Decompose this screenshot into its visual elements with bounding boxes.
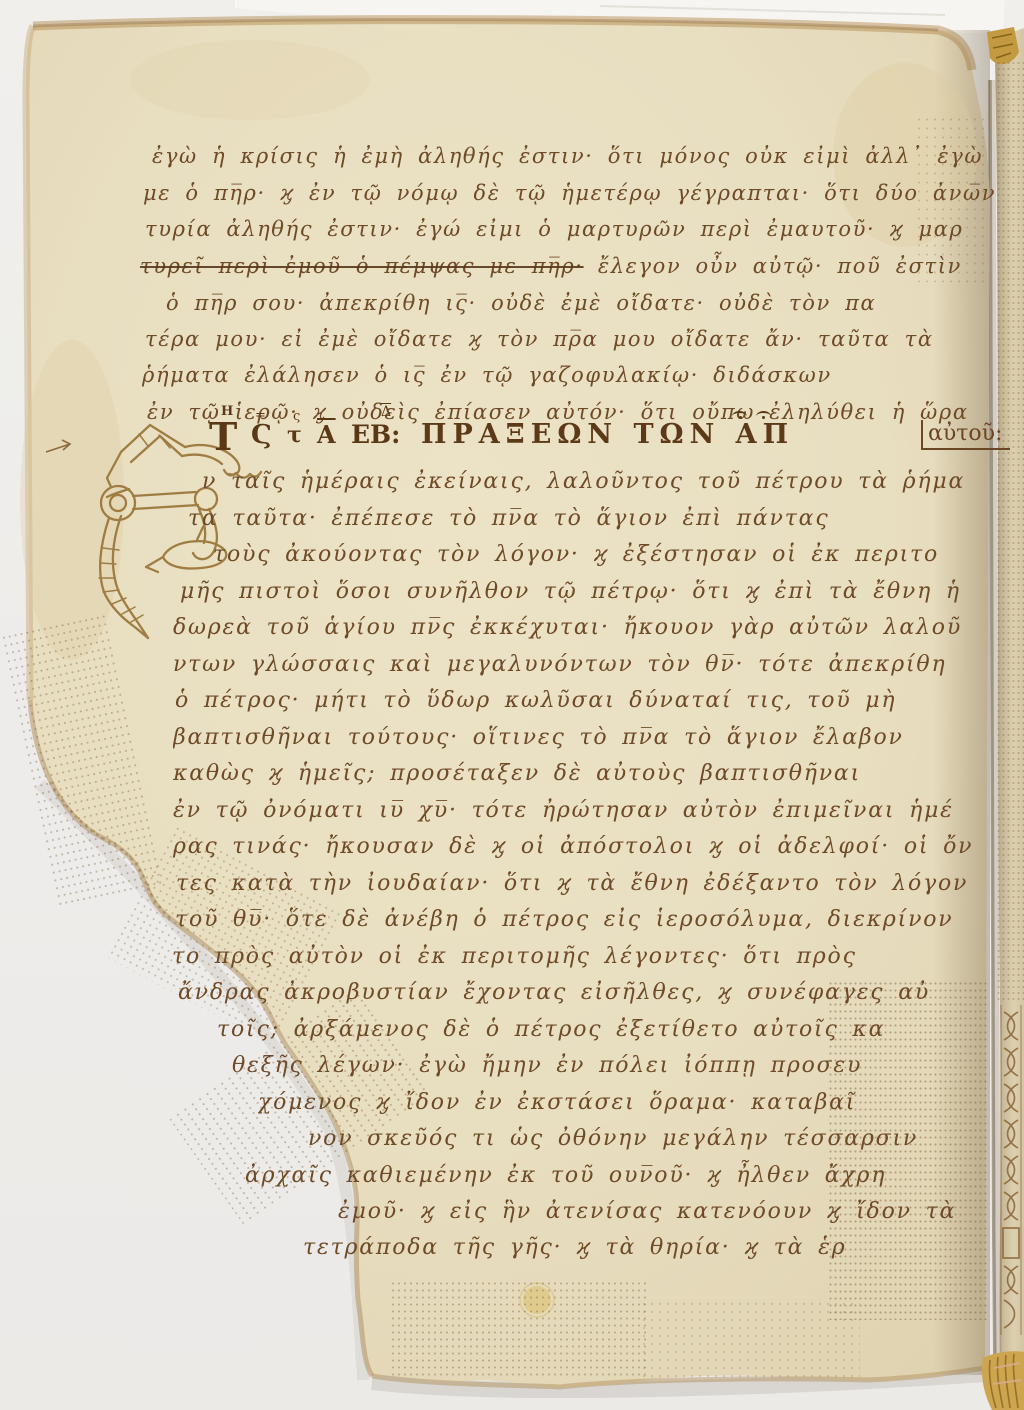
text-line: το πρὸς αὐτὸν οἱ ἐκ περιτομῆς λέγοντες· … bbox=[172, 941, 962, 975]
rubric-week-abbr: ΕΒ: bbox=[351, 420, 400, 449]
rubric-week-abbr-sup: Δ bbox=[381, 404, 391, 420]
rubric-week-number: Α bbox=[317, 420, 336, 449]
text-line: τέρα μου· εἰ ἐμὲ οἴδατε ϗ τὸν πρ̅α μου ο… bbox=[145, 323, 995, 357]
rubric-tau: Τ bbox=[209, 414, 237, 459]
text-line: ἀρχαῖς καθιεμένην ἐκ τοῦ ουν̅οῦ· ϗ ἦλθεν… bbox=[245, 1160, 978, 1194]
text-line: ἄνδρας ἀκροβυστίαν ἔχοντας εἰσῆλθες, ϗ σ… bbox=[178, 977, 995, 1011]
rubric-day-number: Ϛ bbox=[251, 420, 272, 450]
text-line: τοῖς; ἀρξάμενος δὲ ὁ πέτρος ἐξετίθετο αὐ… bbox=[217, 1014, 977, 1048]
text-line: τες κατὰ τὴν ἰουδαίαν· ὅτι ϗ τὰ ἔθνη ἐδέ… bbox=[176, 868, 995, 902]
text-line: ρας τινάς· ἤκουσαν δὲ ϗ οἱ ἀπόστολοι ϗ ο… bbox=[173, 831, 995, 865]
text-line: τα ταῦτα· ἐπέπεσε τὸ πν̅α τὸ ἅγιον ἐπὶ π… bbox=[188, 503, 888, 537]
text-line: τυρία ἀληθής ἐστιν· ἐγώ εἰμι ὁ μαρτυρῶν … bbox=[145, 213, 995, 247]
text-line: ὁ πέτρος· μήτι τὸ ὕδωρ κωλῦσαι δύναταί τ… bbox=[175, 685, 965, 719]
text-line: βαπτισθῆναι τούτους· οἵτινες τὸ πν̅α τὸ … bbox=[173, 722, 983, 756]
text-line: ἐν τῷ ὀνόματι ιυ̅ χυ̅· τότε ἠρώτησαν αὐτ… bbox=[173, 795, 995, 829]
abbreviation-dot bbox=[762, 416, 765, 419]
text-line: χόμενος ϗ ἴδον ἐν ἐκστάσει ὅραμα· καταβα… bbox=[258, 1087, 978, 1121]
manuscript-photo: ἐγὼ ἡ κρίσις ἡ ἐμὴ ἀληθής ἐστιν· ὅτι μόν… bbox=[0, 0, 1024, 1410]
text-line: μῆς πιστοὶ ὅσοι συνῆλθον τῷ πέτρῳ· ὅτι ϗ… bbox=[180, 576, 995, 610]
gilt-fringe bbox=[982, 1351, 1024, 1410]
carryover-word: αὐτοῦ: bbox=[921, 420, 1010, 450]
line-text: ἔλεγον οὖν αὐτῷ· ποῦ ἐστὶν bbox=[584, 254, 962, 278]
text-line: τοὺς ἀκούοντας τὸν λόγον· ϗ ἐξέστησαν οἱ… bbox=[213, 539, 995, 573]
text-line: τυρεῖ περὶ ἐμοῦ ὁ πέμψας με πη̅ρ· ἔλεγον… bbox=[140, 250, 995, 284]
rubric-tes-sup: ς bbox=[293, 409, 300, 424]
text-line: ντων γλώσσαις καὶ μεγαλυνόντων τὸν θν̅· … bbox=[173, 649, 995, 683]
next-page-sliver bbox=[990, 28, 1024, 1410]
rubric-tes: τ bbox=[287, 422, 302, 448]
text-line: ἐμοῦ· ϗ εἰς ἣν ἀτενίσας κατενόουν ϗ ἴδον… bbox=[338, 1196, 978, 1230]
text-line: με ὁ πη̅ρ· ϗ ἐν τῷ νόμῳ δὲ τῷ ἡμετέρῳ γέ… bbox=[143, 177, 995, 211]
text-line: ν ταῖς ἡμέραις ἐκείναις, λαλοῦντος τοῦ π… bbox=[202, 466, 995, 500]
rubric-book-title: ΠΡΑΞΕΩΝ ΤΩΝ ΑΠ bbox=[421, 419, 794, 450]
lection-rubric: Τ Η Ϛ = τ ς Α ΕΒ: Δ ΠΡΑΞΕΩΝ ΤΩΝ ΑΠ αὐτοῦ… bbox=[205, 412, 1017, 466]
rubric-number-bar: = bbox=[255, 408, 266, 423]
text-line: ῥήματα ἐλάλησεν ὁ ις̅ ἐν τῷ γαζοφυλακίῳ·… bbox=[142, 359, 995, 393]
abbreviation-dot bbox=[739, 416, 742, 419]
text-line: ὁ πη̅ρ σου· ἀπεκρίθη ις̅· οὐδὲ ἐμὲ οἴδατ… bbox=[166, 287, 995, 321]
text-line: θεξῆς λέγων· ἐγὼ ἤμην ἐν πόλει ἰόππῃ προ… bbox=[232, 1050, 977, 1084]
rubric-tau-sup: Η bbox=[221, 404, 233, 419]
text-line: νον σκεῦός τι ὡς ὀθόνην μεγάλην τέσσαρσι… bbox=[308, 1123, 978, 1157]
gilt-edge bbox=[987, 27, 1019, 64]
text-line: τετράποδα τῆς γῆς· ϗ τὰ θηρία· ϗ τὰ ἑρ bbox=[303, 1232, 978, 1266]
text-line: δωρεὰ τοῦ ἁγίου πν̅ς ἐκκέχυται· ἤκουον γ… bbox=[173, 612, 995, 646]
struck-text: τυρεῖ περὶ ἐμοῦ ὁ πέμψας με πη̅ρ· bbox=[140, 254, 584, 278]
text-line: καθὼς ϗ ἡμεῖς; προσέταξεν δὲ αὐτοὺς βαπτ… bbox=[173, 758, 973, 792]
text-line: ἐγὼ ἡ κρίσις ἡ ἐμὴ ἀληθής ἐστιν· ὅτι μόν… bbox=[152, 140, 995, 174]
text-line: τοῦ θυ̅· ὅτε δὲ ἀνέβη ὁ πέτρος εἰς ἱεροσ… bbox=[175, 904, 995, 938]
